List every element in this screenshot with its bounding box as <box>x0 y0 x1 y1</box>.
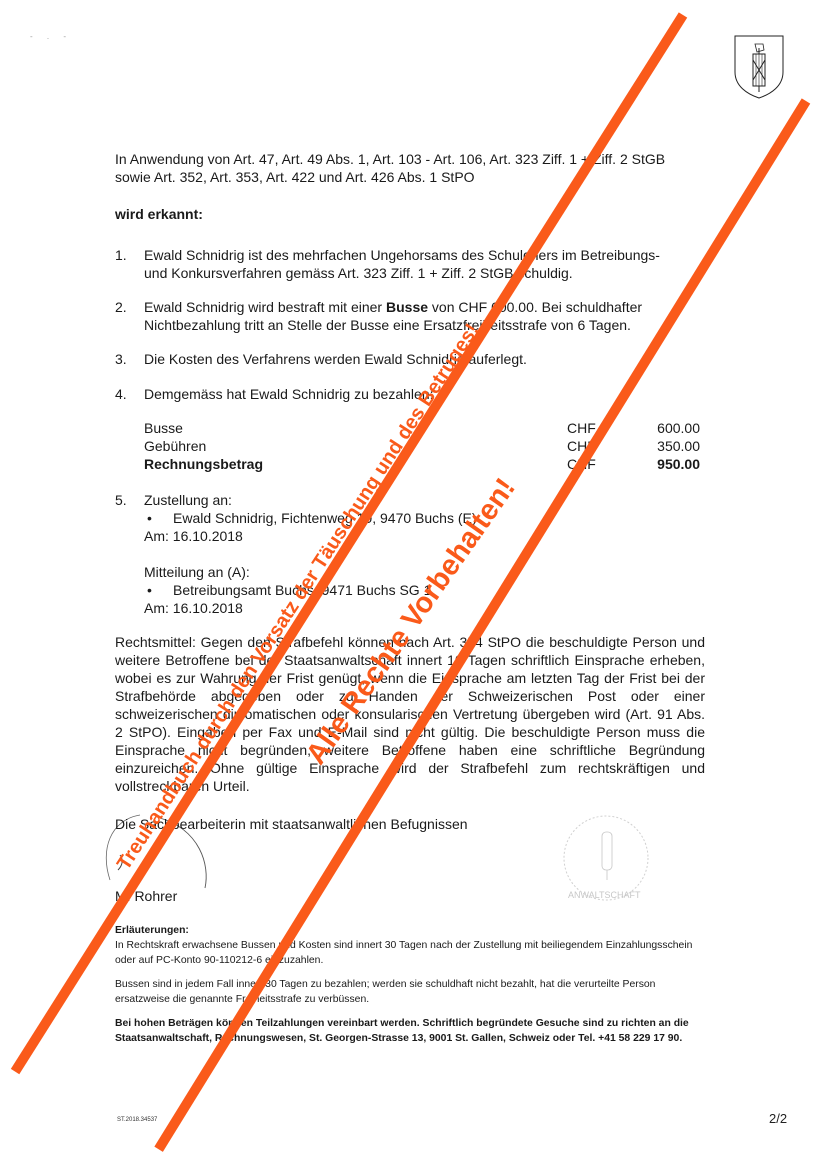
office-stamp-icon: ANWALTSCHAFT <box>548 810 658 910</box>
item-text: Ewald Schnidrig wird bestraft mit einer … <box>144 298 715 316</box>
verdict-heading: wird erkannt: <box>115 205 203 223</box>
fee-label: Busse <box>144 420 183 436</box>
item-number: 4. <box>115 385 127 403</box>
fee-currency: CHF <box>567 419 596 437</box>
item-text: Ewald Schnidrig ist des mehrfachen Ungeh… <box>144 246 715 264</box>
explanation-payment: In Rechtskraft erwachsene Bussen und Kos… <box>115 938 705 968</box>
verdict-item-1: 1. Ewald Schnidrig ist des mehrfachen Un… <box>115 246 715 282</box>
stamp-text: ANWALTSCHAFT <box>568 890 641 900</box>
item-text: Zustellung an: <box>144 491 715 509</box>
item-number: 5. <box>115 491 127 509</box>
item-text: Nichtbezahlung tritt an Stelle der Busse… <box>144 316 715 334</box>
bullet-icon: • <box>147 581 152 599</box>
bullet-icon: • <box>147 509 152 527</box>
total-amount: 950.00 <box>657 455 700 473</box>
fee-amount: 350.00 <box>657 437 700 455</box>
item-number: 1. <box>115 246 127 264</box>
explanations: Erläuterungen: In Rechtskraft erwachsene… <box>115 923 705 1055</box>
verdict-item-3: 3. Die Kosten des Verfahrens werden Ewal… <box>115 350 715 368</box>
explanation-installments: Bei hohen Beträgen können Teilzahlungen … <box>115 1016 705 1046</box>
verdict-item-2: 2. Ewald Schnidrig wird bestraft mit ein… <box>115 298 715 334</box>
fee-label: Rechnungsbetrag <box>144 456 263 472</box>
item-text: Die Kosten des Verfahrens werden Ewald S… <box>144 350 715 368</box>
fee-label: Gebühren <box>144 438 206 454</box>
fee-row-gebuehren: Gebühren CHF 350.00 <box>144 437 700 455</box>
busse-emphasis: Busse <box>386 299 428 315</box>
fee-row-total: Rechnungsbetrag CHF 950.00 <box>144 455 700 473</box>
item-number: 3. <box>115 350 127 368</box>
scan-marks: - . - <box>30 32 72 41</box>
case-reference: ST.2018.34537 <box>117 1117 157 1123</box>
legal-basis: In Anwendung von Art. 47, Art. 49 Abs. 1… <box>115 150 715 186</box>
item-number: 2. <box>115 298 127 316</box>
explanations-heading: Erläuterungen: <box>115 923 705 938</box>
item-text: und Konkursverfahren gemäss Art. 323 Zif… <box>144 264 715 282</box>
delivery-date: Am: 16.10.2018 <box>144 527 715 545</box>
coat-of-arms-icon <box>733 34 785 100</box>
legal-basis-line-1: In Anwendung von Art. 47, Art. 49 Abs. 1… <box>115 150 715 168</box>
legal-basis-line-2: sowie Art. 352, Art. 353, Art. 422 und A… <box>115 168 715 186</box>
page-number: 2/2 <box>769 1111 787 1126</box>
explanation-fines: Bussen sind in jedem Fall innert 30 Tage… <box>115 977 705 1007</box>
fee-amount: 600.00 <box>657 419 700 437</box>
delivery-recipient: •Ewald Schnidrig, Fichtenweg 10, 9470 Bu… <box>144 509 715 527</box>
